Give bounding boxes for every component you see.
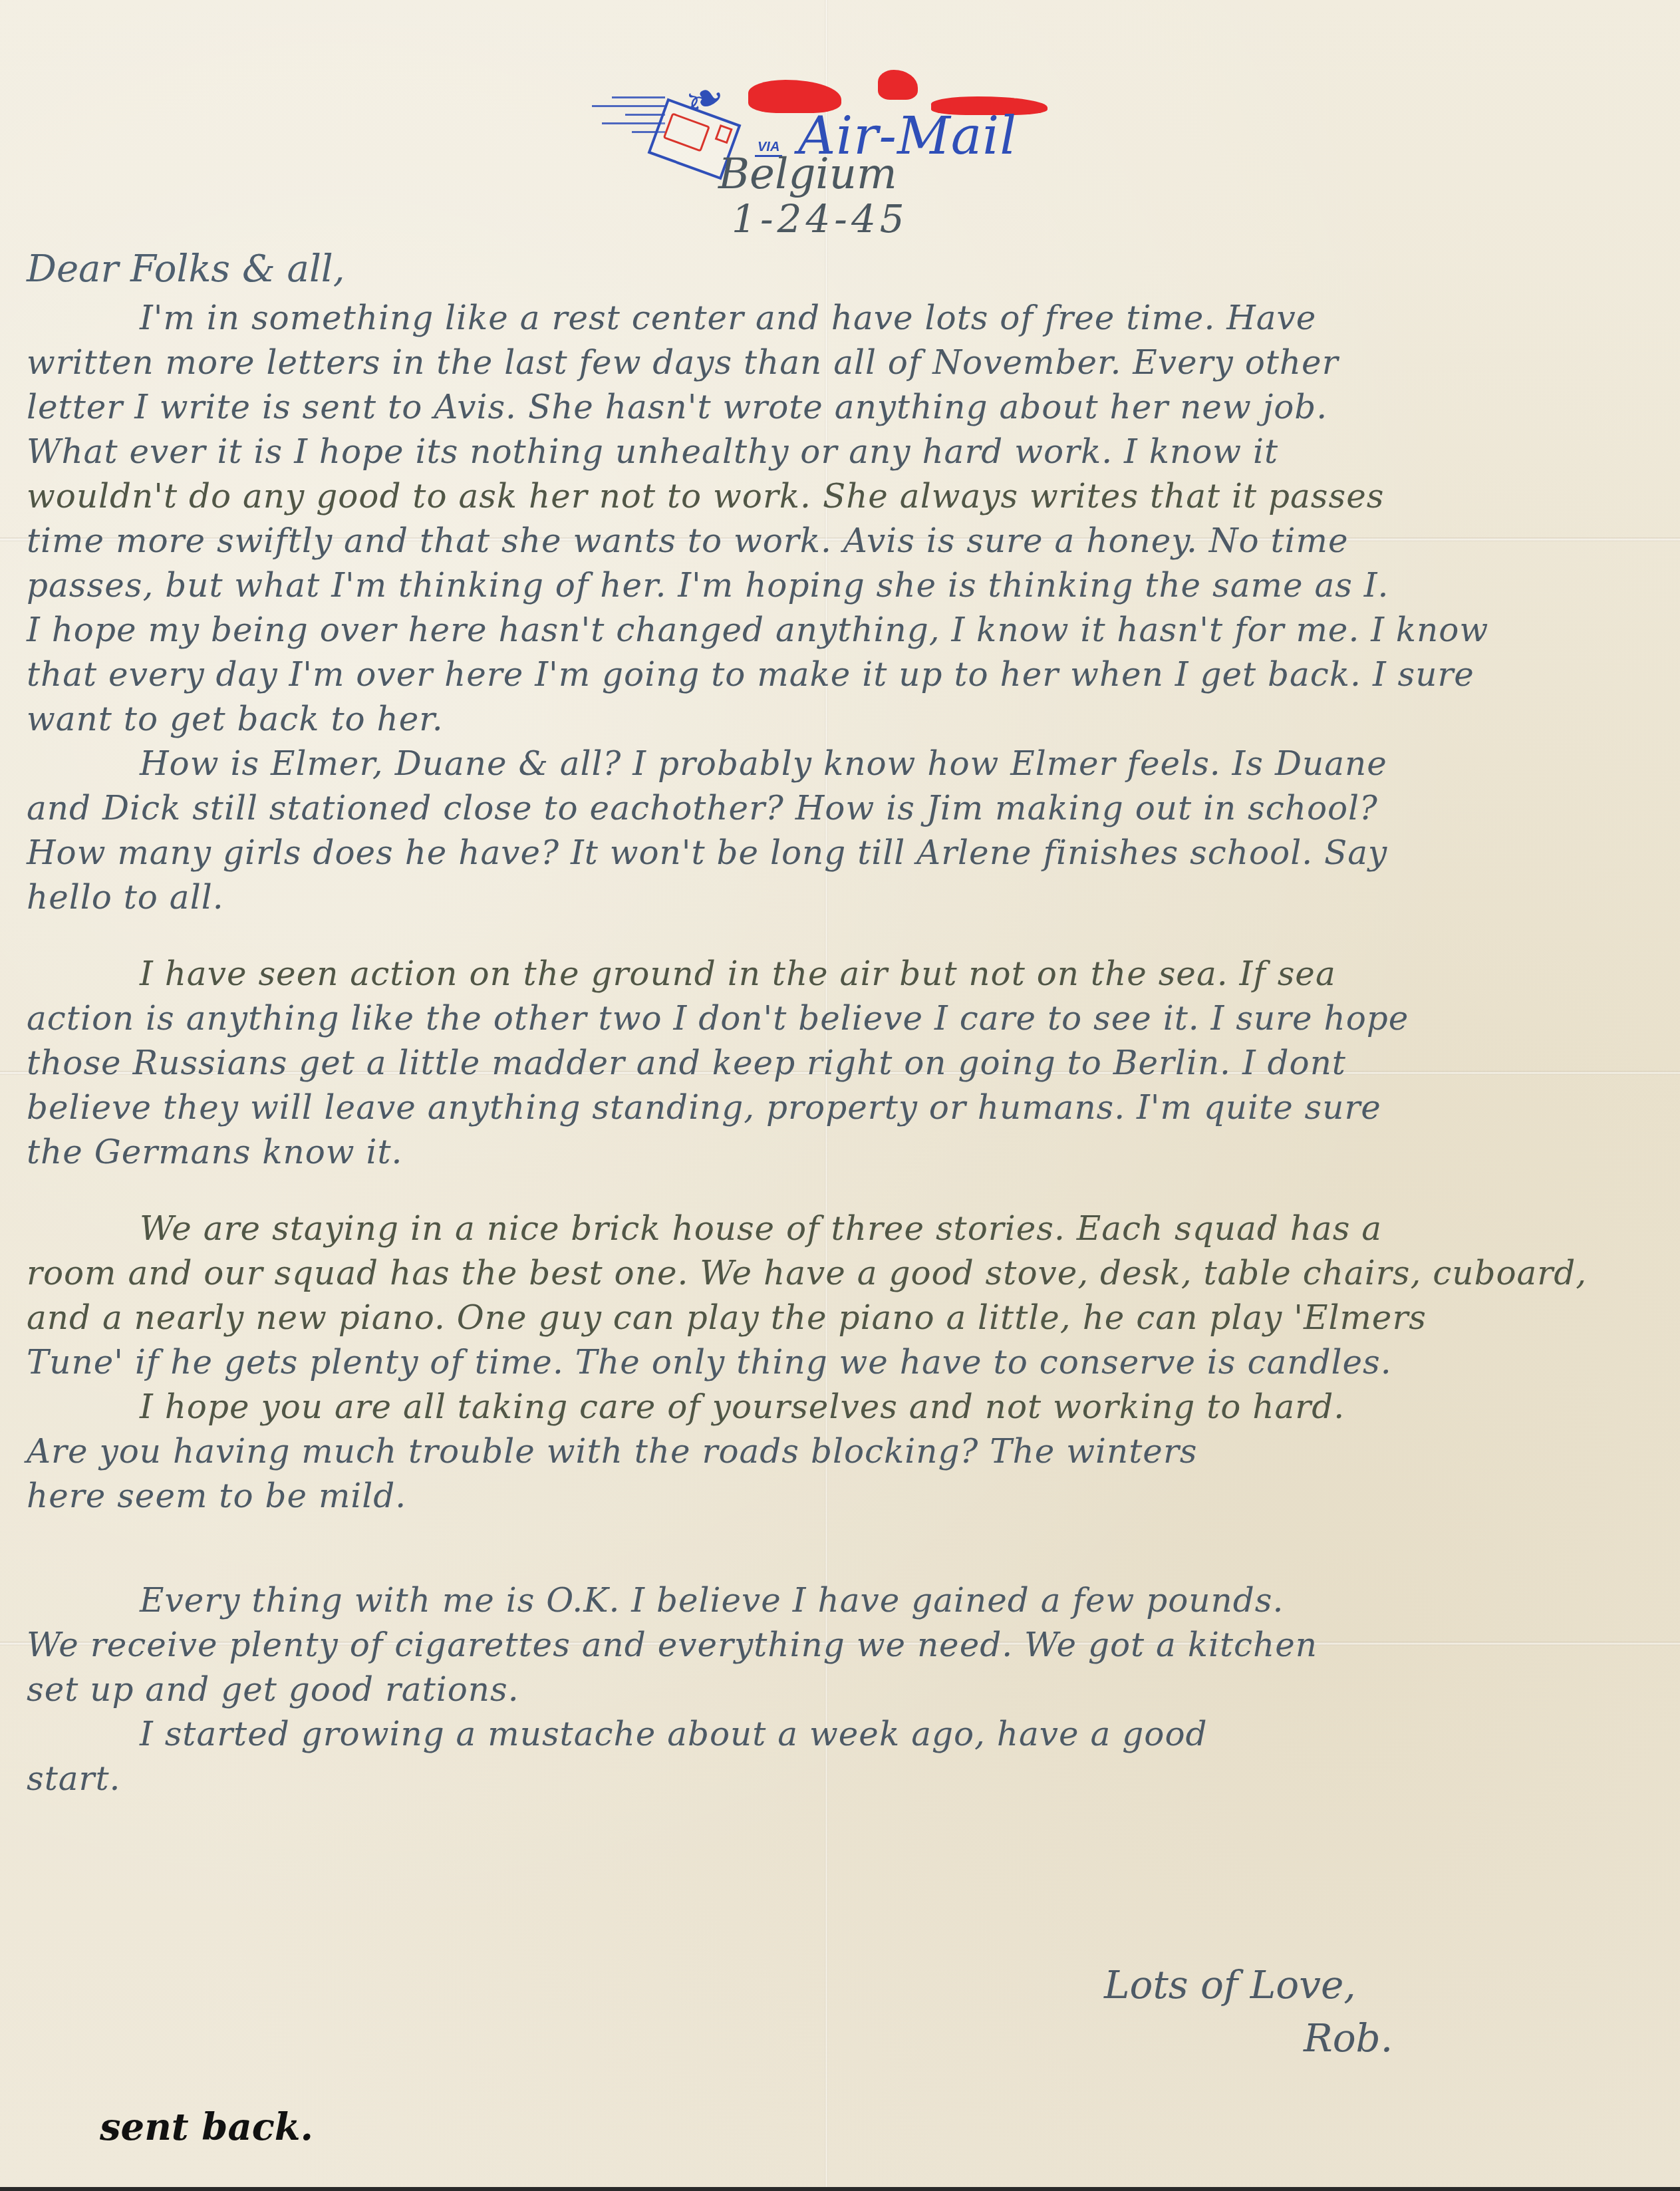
page-edge (0, 2187, 1680, 2191)
paragraph: I started growing a mustache about a wee… (27, 1712, 1663, 1801)
annotation-note: sent back. (100, 2105, 313, 2149)
text-line: Tune' if he gets plenty of time. The onl… (27, 1340, 1663, 1385)
text-line: wouldn't do any good to ask her not to w… (27, 474, 1663, 519)
paragraph-gap (27, 1519, 1663, 1578)
text-line: We receive plenty of cigarettes and ever… (27, 1623, 1663, 1668)
text-line: start. (27, 1757, 1663, 1801)
text-line: believe they will leave anything standin… (27, 1086, 1663, 1130)
text-line: and Dick still stationed close to eachot… (27, 786, 1663, 831)
text-line: room and our squad has the best one. We … (27, 1251, 1663, 1296)
signature: Rob. (1304, 2015, 1393, 2061)
letter-body: Dear Folks & all, I'm in something like … (27, 243, 1663, 1801)
text-line: written more letters in the last few day… (27, 341, 1663, 385)
text-line: time more swiftly and that she wants to … (27, 519, 1663, 563)
closing: Lots of Love, (1104, 1962, 1356, 2007)
text-line: I'm in something like a rest center and … (27, 296, 1663, 341)
salutation: Dear Folks & all, (27, 243, 1663, 296)
text-line: What ever it is I hope its nothing unhea… (27, 430, 1663, 474)
red-cloud-icon (878, 70, 918, 100)
paragraph: I'm in something like a rest center and … (27, 296, 1663, 742)
text-line: set up and get good rations. (27, 1668, 1663, 1712)
paragraph-gap (27, 1175, 1663, 1207)
text-line: Every thing with me is O.K. I believe I … (27, 1578, 1663, 1623)
text-line: How many girls does he have? It won't be… (27, 831, 1663, 875)
text-line: here seem to be mild. (27, 1474, 1663, 1519)
text-line: I started growing a mustache about a wee… (27, 1712, 1663, 1757)
text-line: hello to all. (27, 875, 1663, 920)
letter-place: Belgium (718, 150, 897, 199)
text-line: letter I write is sent to Avis. She hasn… (27, 385, 1663, 430)
paragraph: I hope you are all taking care of yourse… (27, 1385, 1663, 1519)
paragraph: We are staying in a nice brick house of … (27, 1207, 1663, 1385)
text-line: and a nearly new piano. One guy can play… (27, 1296, 1663, 1340)
letter-date: 1-24-45 (732, 196, 909, 241)
paragraph: I have seen action on the ground in the … (27, 952, 1663, 1175)
text-line: We are staying in a nice brick house of … (27, 1207, 1663, 1251)
text-line: I hope my being over here hasn't changed… (27, 608, 1663, 653)
text-line: I hope you are all taking care of yourse… (27, 1385, 1663, 1429)
text-line: How is Elmer, Duane & all? I probably kn… (27, 742, 1663, 786)
envelope-stamp-box (715, 124, 733, 144)
text-line: action is anything like the other two I … (27, 996, 1663, 1041)
text-line: that every day I'm over here I'm going t… (27, 653, 1663, 697)
text-line: Are you having much trouble with the roa… (27, 1429, 1663, 1474)
text-line: I have seen action on the ground in the … (27, 952, 1663, 996)
text-line: the Germans know it. (27, 1130, 1663, 1175)
text-line: passes, but what I'm thinking of her. I'… (27, 563, 1663, 608)
envelope-address-box (663, 112, 710, 152)
paragraph: Every thing with me is O.K. I believe I … (27, 1578, 1663, 1712)
text-line: those Russians get a little madder and k… (27, 1041, 1663, 1086)
paragraph: How is Elmer, Duane & all? I probably kn… (27, 742, 1663, 920)
paragraph-gap (27, 920, 1663, 952)
text-line: want to get back to her. (27, 697, 1663, 742)
